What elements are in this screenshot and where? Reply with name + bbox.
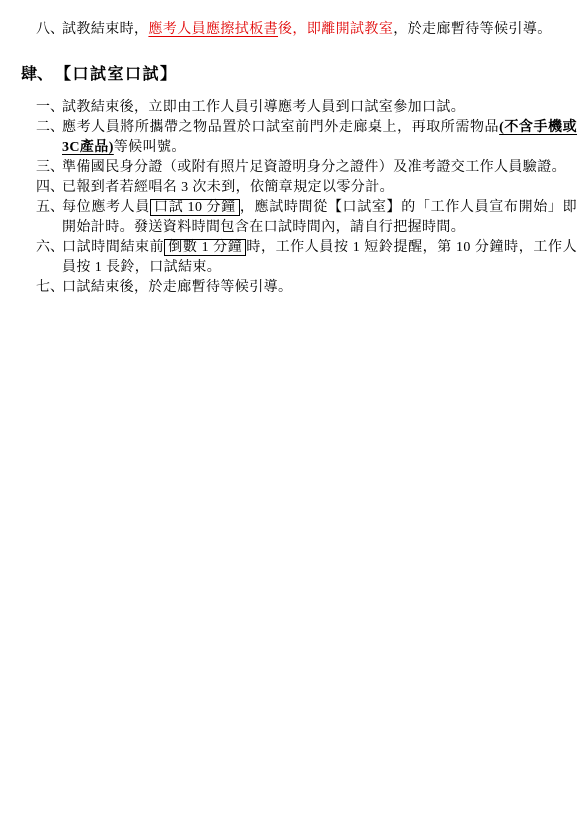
document-page: 八、試教結束時，應考人員應擦拭板書後，即離開試教室，於走廊暫待等候引導。 肆、【…	[0, 0, 584, 829]
red-text: 後，即離開試教室	[278, 22, 393, 37]
item-text-pre: 每位應考人員	[62, 200, 150, 215]
boxed-text-countdown-1-min: 倒數 1 分鐘	[164, 239, 246, 256]
item-number: 四、	[36, 178, 64, 198]
item-number: 一、	[36, 98, 64, 118]
item-number: 八、	[36, 20, 64, 40]
section-heading: 肆、【口試室口試】	[0, 64, 584, 86]
item-number: 七、	[36, 278, 64, 298]
item-text-pre: 口試時間結束前	[62, 240, 164, 255]
item-text-post: 等候叫號。	[114, 140, 186, 155]
item-text: 試教結束後，立即由工作人員引導應考人員到口試室參加口試。	[62, 100, 465, 115]
list-item-3: 三、準備國民身分證（或附有照片足資證明身分之證件）及准考證交工作人員驗證。	[0, 158, 584, 178]
item-number: 二、	[36, 118, 64, 138]
item-text: 已報到者若經唱名 3 次未到，依簡章規定以零分計。	[62, 180, 394, 195]
item-text: 試教結束時，應考人員應擦拭板書後，即離開試教室，於走廊暫待等候引導。	[62, 22, 552, 37]
item-text: 口試時間結束前倒數 1 分鐘時，工作人員按 1 短鈴提醒，第 10 分鐘時，工作…	[62, 239, 577, 275]
boxed-text-oral-10-min: 口試 10 分鐘	[150, 199, 240, 216]
section-title: 【口試室口試】	[55, 66, 178, 83]
list-item-8: 八、試教結束時，應考人員應擦拭板書後，即離開試教室，於走廊暫待等候引導。	[0, 20, 584, 40]
item-number: 五、	[36, 198, 64, 218]
item-text: 每位應考人員口試 10 分鐘，應試時間從【口試室】的「工作人員宣布開始」即開始計…	[62, 199, 577, 235]
list-item-6: 六、口試時間結束前倒數 1 分鐘時，工作人員按 1 短鈴提醒，第 10 分鐘時，…	[0, 238, 584, 278]
item-text-pre: 應考人員將所攜帶之物品置於口試室前門外走廊桌上，再取所需物品	[62, 120, 499, 135]
item-text: 應考人員將所攜帶之物品置於口試室前門外走廊桌上，再取所需物品(不含手機或 3C產…	[62, 120, 577, 155]
item-text-post: ，於走廊暫待等候引導。	[393, 22, 551, 37]
list-item-4: 四、已報到者若經唱名 3 次未到，依簡章規定以零分計。	[0, 178, 584, 198]
item-text: 準備國民身分證（或附有照片足資證明身分之證件）及准考證交工作人員驗證。	[62, 160, 566, 175]
list-item-7: 七、口試結束後，於走廊暫待等候引導。	[0, 278, 584, 298]
red-underlined-text: 應考人員應擦拭板書	[148, 22, 278, 37]
numbered-list: 一、試教結束後，立即由工作人員引導應考人員到口試室參加口試。 二、應考人員將所攜…	[0, 98, 584, 298]
list-item-5: 五、每位應考人員口試 10 分鐘，應試時間從【口試室】的「工作人員宣布開始」即開…	[0, 198, 584, 238]
item-text: 口試結束後，於走廊暫待等候引導。	[62, 280, 292, 295]
section-number: 肆、	[21, 64, 53, 86]
list-item-1: 一、試教結束後，立即由工作人員引導應考人員到口試室參加口試。	[0, 98, 584, 118]
item-text-pre: 試教結束時，	[62, 22, 148, 37]
item-number: 三、	[36, 158, 64, 178]
item-number: 六、	[36, 238, 64, 258]
list-item-2: 二、應考人員將所攜帶之物品置於口試室前門外走廊桌上，再取所需物品(不含手機或 3…	[0, 118, 584, 158]
